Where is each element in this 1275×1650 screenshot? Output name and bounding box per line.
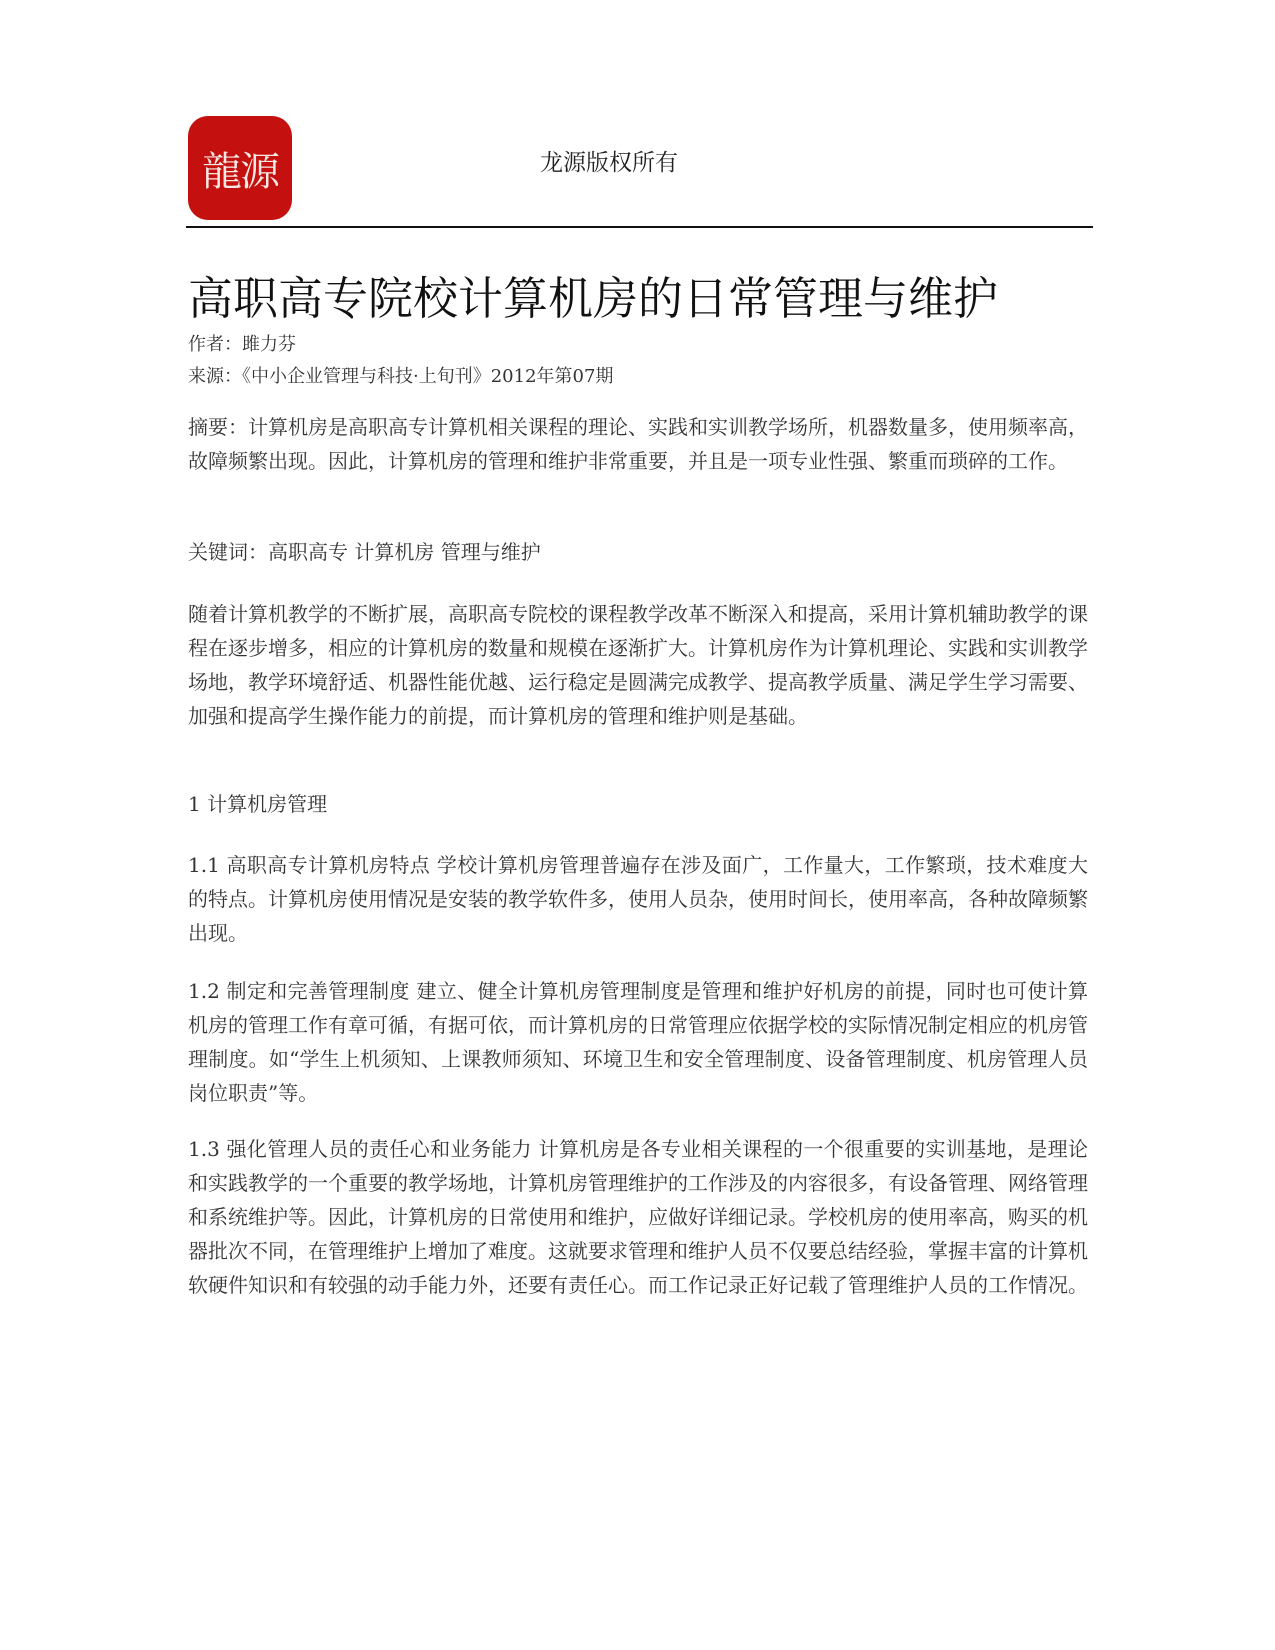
article-author: 作者：雎力芬 bbox=[188, 330, 296, 356]
section-heading-1: 1 计算机房管理 bbox=[188, 787, 1088, 821]
section-1-3-paragraph: 1.3 强化管理人员的责任心和业务能力 计算机房是各专业相关课程的一个很重要的实… bbox=[188, 1132, 1088, 1302]
article-source: 来源：《中小企业管理与科技·上旬刊》2012年第07期 bbox=[188, 362, 613, 388]
logo-text: 龍源 bbox=[202, 140, 278, 197]
abstract-paragraph: 摘要：计算机房是高职高专计算机相关课程的理论、实践和实训教学场所，机器数量多，使… bbox=[188, 410, 1088, 478]
keywords-line: 关键词：高职高专 计算机房 管理与维护 bbox=[188, 535, 1088, 569]
header-divider bbox=[186, 226, 1093, 228]
section-1-2-paragraph: 1.2 制定和完善管理制度 建立、健全计算机房管理制度是管理和维护好机房的前提，… bbox=[188, 974, 1088, 1110]
article-title: 高职高专院校计算机房的日常管理与维护 bbox=[188, 262, 998, 327]
intro-paragraph: 随着计算机教学的不断扩展，高职高专院校的课程教学改革不断深入和提高，采用计算机辅… bbox=[188, 597, 1088, 733]
longyuan-logo: 龍源 bbox=[188, 116, 292, 220]
copyright-notice: 龙源版权所有 bbox=[540, 144, 678, 177]
section-1-1-paragraph: 1.1 高职高专计算机房特点 学校计算机房管理普遍存在涉及面广，工作量大，工作繁… bbox=[188, 848, 1088, 950]
